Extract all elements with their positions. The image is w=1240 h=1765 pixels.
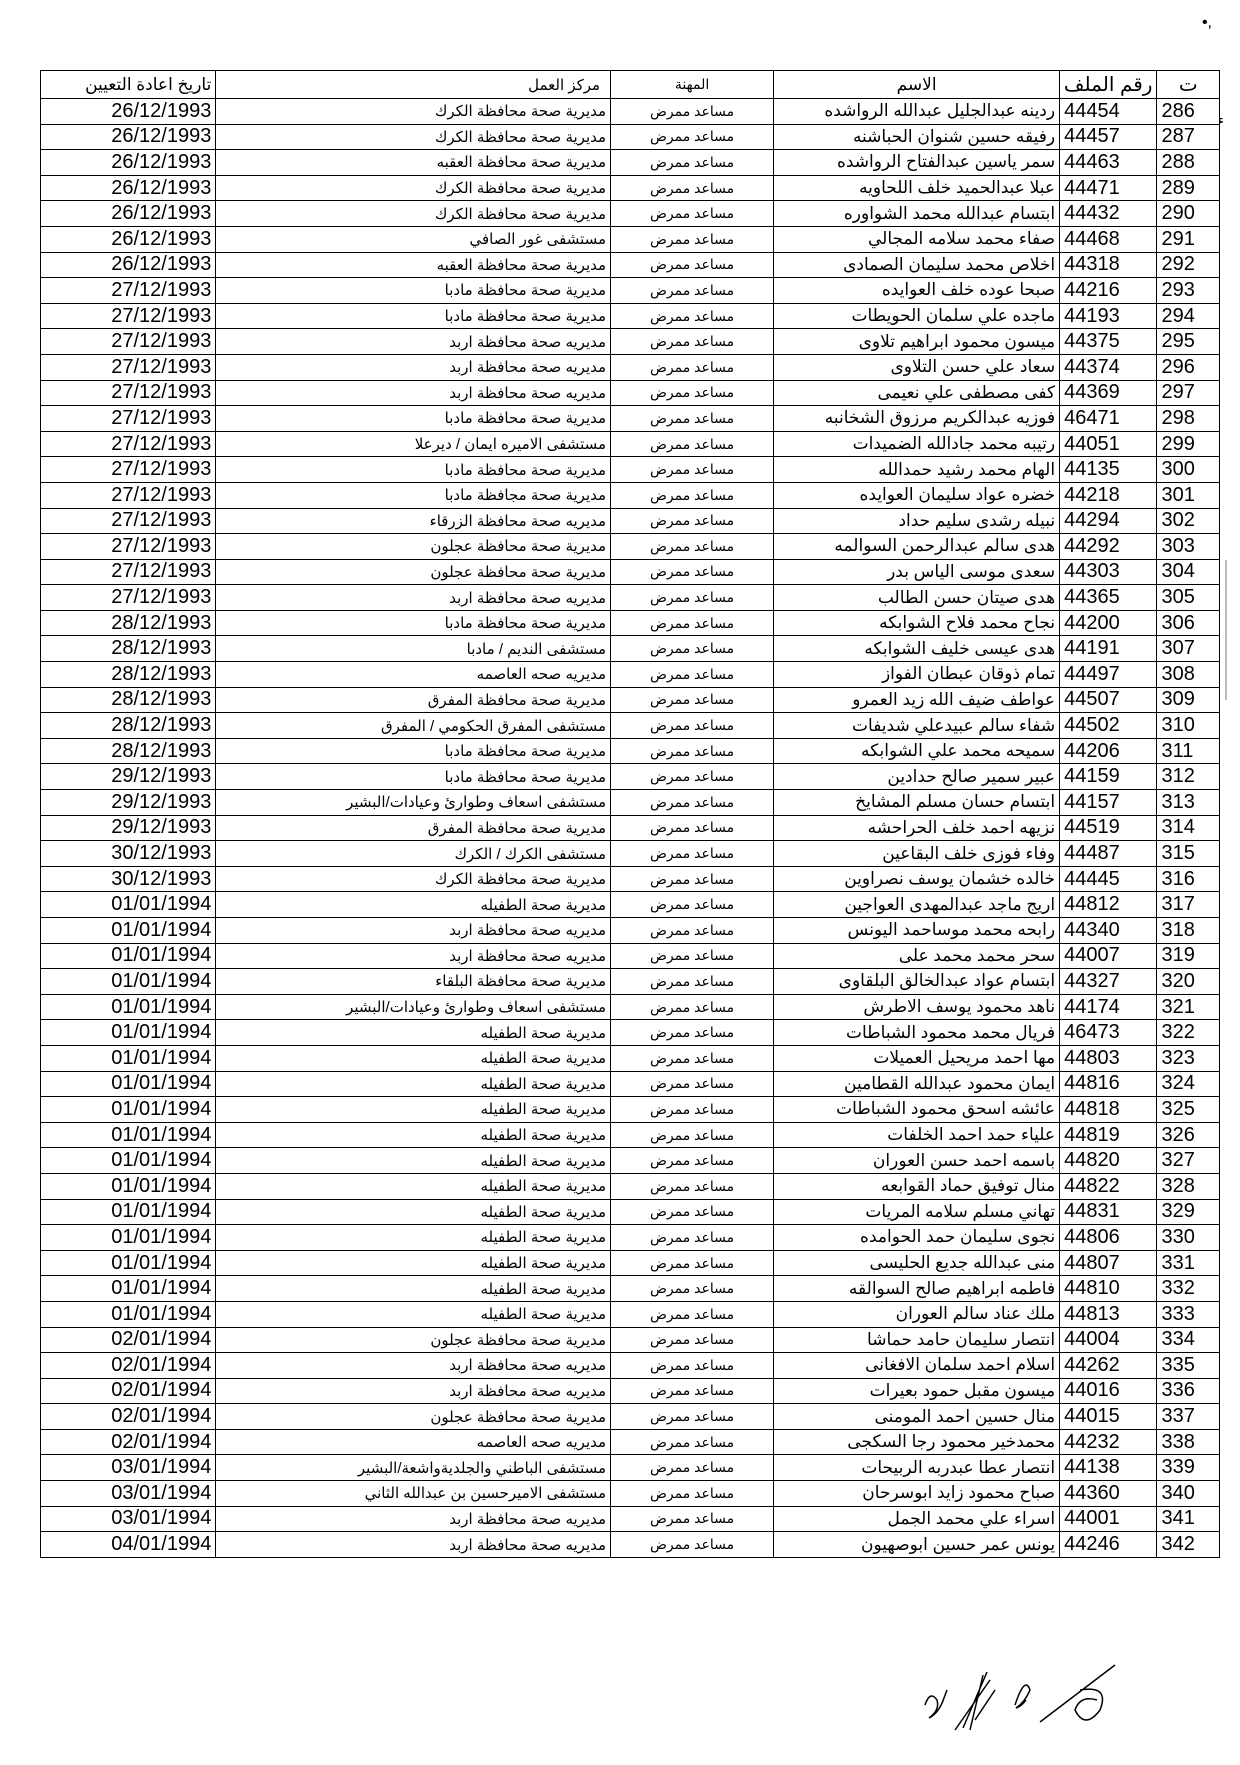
cell-serial: 313 bbox=[1157, 790, 1220, 816]
cell-reappointment-date: 03/01/1994 bbox=[41, 1506, 216, 1532]
cell-workplace: مستشفى المفرق الحكومي / المفرق bbox=[216, 713, 611, 739]
cell-reappointment-date: 27/12/1993 bbox=[41, 482, 216, 508]
cell-workplace: مديريه صحة محافظة اربد bbox=[216, 1532, 611, 1558]
cell-file-number: 44016 bbox=[1060, 1378, 1157, 1404]
table-row: 304 44303 سعدى موسى الياس بدر مساعد ممرض… bbox=[41, 559, 1220, 585]
cell-profession: مساعد ممرض bbox=[611, 1481, 774, 1507]
cell-serial: 328 bbox=[1157, 1173, 1220, 1199]
cell-workplace: مديرية صحة محافظة الكرك bbox=[216, 201, 611, 227]
cell-name: منى عبدالله جديع الحليسى bbox=[774, 1250, 1060, 1276]
cell-serial: 314 bbox=[1157, 815, 1220, 841]
cell-file-number: 44232 bbox=[1060, 1429, 1157, 1455]
table-row: 342 44246 يونس عمر حسين ابوصهيون مساعد م… bbox=[41, 1532, 1220, 1558]
cell-serial: 290 bbox=[1157, 201, 1220, 227]
cell-file-number: 44487 bbox=[1060, 841, 1157, 867]
cell-file-number: 44803 bbox=[1060, 1045, 1157, 1071]
cell-profession: مساعد ممرض bbox=[611, 1327, 774, 1353]
cell-profession: مساعد ممرض bbox=[611, 329, 774, 355]
cell-reappointment-date: 27/12/1993 bbox=[41, 354, 216, 380]
cell-profession: مساعد ممرض bbox=[611, 1148, 774, 1174]
cell-serial: 288 bbox=[1157, 150, 1220, 176]
cell-name: ناهد محمود يوسف الاطرش bbox=[774, 994, 1060, 1020]
cell-workplace: مديرية صحة الطفيله bbox=[216, 1148, 611, 1174]
cell-serial: 340 bbox=[1157, 1481, 1220, 1507]
cell-name: سعدى موسى الياس بدر bbox=[774, 559, 1060, 585]
cell-workplace: مديرية صحة الطفيله bbox=[216, 1045, 611, 1071]
cell-serial: 330 bbox=[1157, 1225, 1220, 1251]
cell-workplace: مديرية صحة محافظة العقبه bbox=[216, 252, 611, 278]
cell-serial: 331 bbox=[1157, 1250, 1220, 1276]
cell-workplace: مديرية صحة مجافظة مادبا bbox=[216, 482, 611, 508]
cell-serial: 297 bbox=[1157, 380, 1220, 406]
cell-name: رتيبه محمد جادالله الضميدات bbox=[774, 431, 1060, 457]
cell-name: سعاد علي حسن التلاوى bbox=[774, 354, 1060, 380]
table-row: 312 44159 عبير سمير صالح حدادين مساعد مم… bbox=[41, 764, 1220, 790]
table-row: 294 44193 ماجده علي سلمان الحويطات مساعد… bbox=[41, 303, 1220, 329]
cell-workplace: مديرية صحة محافظة مادبا bbox=[216, 764, 611, 790]
cell-reappointment-date: 27/12/1993 bbox=[41, 278, 216, 304]
cell-file-number: 44471 bbox=[1060, 175, 1157, 201]
cell-workplace: مستشفى الباطني والجلديةواشعة/البشير bbox=[216, 1455, 611, 1481]
cell-file-number: 44262 bbox=[1060, 1353, 1157, 1379]
cell-name: ميسون محمود ابراهيم تلاوى bbox=[774, 329, 1060, 355]
cell-name: انتصار سليمان حامد حماشا bbox=[774, 1327, 1060, 1353]
cell-file-number: 44051 bbox=[1060, 431, 1157, 457]
cell-file-number: 46471 bbox=[1060, 406, 1157, 432]
cell-reappointment-date: 01/01/1994 bbox=[41, 1276, 216, 1302]
cell-name: ابتسام حسان مسلم المشايخ bbox=[774, 790, 1060, 816]
cell-name: فريال محمد محمود الشباطات bbox=[774, 1020, 1060, 1046]
table-row: 305 44365 هدى صيتان حسن الطالب مساعد ممر… bbox=[41, 585, 1220, 611]
cell-reappointment-date: 03/01/1994 bbox=[41, 1455, 216, 1481]
cell-file-number: 44502 bbox=[1060, 713, 1157, 739]
cell-file-number: 44813 bbox=[1060, 1301, 1157, 1327]
cell-reappointment-date: 26/12/1993 bbox=[41, 150, 216, 176]
cell-profession: مساعد ممرض bbox=[611, 713, 774, 739]
cell-reappointment-date: 27/12/1993 bbox=[41, 380, 216, 406]
cell-serial: 299 bbox=[1157, 431, 1220, 457]
cell-name: سميحه محمد علي الشوابكه bbox=[774, 738, 1060, 764]
cell-workplace: مديريه صحة محافظة اربد bbox=[216, 918, 611, 944]
table-body: 286 44454 ردينه عبدالجليل عبدالله الرواش… bbox=[41, 99, 1220, 1558]
cell-serial: 318 bbox=[1157, 918, 1220, 944]
cell-profession: مساعد ممرض bbox=[611, 1225, 774, 1251]
table-row: 314 44519 نزيهه احمد خلف الحراحشه مساعد … bbox=[41, 815, 1220, 841]
cell-file-number: 44365 bbox=[1060, 585, 1157, 611]
cell-profession: مساعد ممرض bbox=[611, 943, 774, 969]
cell-reappointment-date: 26/12/1993 bbox=[41, 175, 216, 201]
table-row: 313 44157 ابتسام حسان مسلم المشايخ مساعد… bbox=[41, 790, 1220, 816]
cell-file-number: 44174 bbox=[1060, 994, 1157, 1020]
cell-reappointment-date: 01/01/1994 bbox=[41, 1122, 216, 1148]
cell-name: منال حسين احمد المومنى bbox=[774, 1404, 1060, 1430]
table-row: 340 44360 صباح محمود زايد ابوسرحان مساعد… bbox=[41, 1481, 1220, 1507]
cell-profession: مساعد ممرض bbox=[611, 764, 774, 790]
cell-reappointment-date: 03/01/1994 bbox=[41, 1481, 216, 1507]
table-row: 295 44375 ميسون محمود ابراهيم تلاوى مساع… bbox=[41, 329, 1220, 355]
cell-reappointment-date: 01/01/1994 bbox=[41, 943, 216, 969]
cell-name: عبلا عبدالحميد خلف اللحاويه bbox=[774, 175, 1060, 201]
cell-serial: 310 bbox=[1157, 713, 1220, 739]
cell-file-number: 44004 bbox=[1060, 1327, 1157, 1353]
cell-profession: مساعد ممرض bbox=[611, 1020, 774, 1046]
cell-profession: مساعد ممرض bbox=[611, 406, 774, 432]
cell-name: صباح محمود زايد ابوسرحان bbox=[774, 1481, 1060, 1507]
cell-file-number: 44519 bbox=[1060, 815, 1157, 841]
table-row: 338 44232 محمدخير محمود رجا السكجى مساعد… bbox=[41, 1429, 1220, 1455]
cell-reappointment-date: 30/12/1993 bbox=[41, 841, 216, 867]
cell-file-number: 46473 bbox=[1060, 1020, 1157, 1046]
cell-name: هدى سالم عبدالرحمن السوالمه bbox=[774, 534, 1060, 560]
table-row: 327 44820 باسمه احمد حسن العوران مساعد م… bbox=[41, 1148, 1220, 1174]
cell-reappointment-date: 28/12/1993 bbox=[41, 636, 216, 662]
cell-file-number: 44457 bbox=[1060, 124, 1157, 150]
table-row: 286 44454 ردينه عبدالجليل عبدالله الرواش… bbox=[41, 99, 1220, 125]
cell-reappointment-date: 26/12/1993 bbox=[41, 124, 216, 150]
cell-file-number: 44200 bbox=[1060, 610, 1157, 636]
cell-name: نزيهه احمد خلف الحراحشه bbox=[774, 815, 1060, 841]
cell-workplace: مديرية صحة محافظة مادبا bbox=[216, 303, 611, 329]
cell-profession: مساعد ممرض bbox=[611, 841, 774, 867]
cell-reappointment-date: 27/12/1993 bbox=[41, 406, 216, 432]
cell-file-number: 44810 bbox=[1060, 1276, 1157, 1302]
cell-serial: 296 bbox=[1157, 354, 1220, 380]
cell-serial: 333 bbox=[1157, 1301, 1220, 1327]
cell-file-number: 44360 bbox=[1060, 1481, 1157, 1507]
cell-workplace: مديريه صحة محافظة اربد bbox=[216, 585, 611, 611]
cell-name: ابتسام عبدالله محمد الشواوره bbox=[774, 201, 1060, 227]
cell-file-number: 44135 bbox=[1060, 457, 1157, 483]
cell-name: فاطمه ابراهيم صالح السوالقه bbox=[774, 1276, 1060, 1302]
table-row: 311 44206 سميحه محمد علي الشوابكه مساعد … bbox=[41, 738, 1220, 764]
cell-reappointment-date: 28/12/1993 bbox=[41, 687, 216, 713]
cell-workplace: مديرية صحة محافظة مادبا bbox=[216, 278, 611, 304]
cell-workplace: مديرية صحة محافظة الكرك bbox=[216, 175, 611, 201]
cell-workplace: مديرية صحة الطفيله bbox=[216, 1250, 611, 1276]
cell-profession: مساعد ممرض bbox=[611, 1301, 774, 1327]
cell-serial: 322 bbox=[1157, 1020, 1220, 1046]
cell-name: سمر ياسين عبدالفتاح الرواشده bbox=[774, 150, 1060, 176]
cell-profession: مساعد ممرض bbox=[611, 508, 774, 534]
cell-serial: 302 bbox=[1157, 508, 1220, 534]
table-row: 335 44262 اسلام احمد سلمان الافغانى مساع… bbox=[41, 1353, 1220, 1379]
cell-profession: مساعد ممرض bbox=[611, 1429, 774, 1455]
cell-profession: مساعد ممرض bbox=[611, 1173, 774, 1199]
cell-workplace: مديرية صحة الطفيله bbox=[216, 1097, 611, 1123]
table-row: 326 44819 علياء حمد احمد الخلفات مساعد م… bbox=[41, 1122, 1220, 1148]
cell-serial: 327 bbox=[1157, 1148, 1220, 1174]
cell-workplace: مديرية صحة محافظة عجلون bbox=[216, 1327, 611, 1353]
cell-reappointment-date: 27/12/1993 bbox=[41, 329, 216, 355]
cell-reappointment-date: 28/12/1993 bbox=[41, 738, 216, 764]
cell-profession: مساعد ممرض bbox=[611, 252, 774, 278]
cell-file-number: 44294 bbox=[1060, 508, 1157, 534]
table-row: 301 44218 خضره عواد سليمان العوايده مساع… bbox=[41, 482, 1220, 508]
cell-workplace: مديريه صحة محافظة اربد bbox=[216, 354, 611, 380]
cell-serial: 293 bbox=[1157, 278, 1220, 304]
cell-name: وفاء فوزى خلف البقاعين bbox=[774, 841, 1060, 867]
cell-file-number: 44818 bbox=[1060, 1097, 1157, 1123]
cell-file-number: 44807 bbox=[1060, 1250, 1157, 1276]
cell-serial: 317 bbox=[1157, 892, 1220, 918]
cell-serial: 298 bbox=[1157, 406, 1220, 432]
cell-profession: مساعد ممرض bbox=[611, 201, 774, 227]
table-row: 331 44807 منى عبدالله جديع الحليسى مساعد… bbox=[41, 1250, 1220, 1276]
table-row: 315 44487 وفاء فوزى خلف البقاعين مساعد م… bbox=[41, 841, 1220, 867]
cell-file-number: 44246 bbox=[1060, 1532, 1157, 1558]
table-row: 332 44810 فاطمه ابراهيم صالح السوالقه مس… bbox=[41, 1276, 1220, 1302]
cell-name: انتصار عطا عبدربه الربيحات bbox=[774, 1455, 1060, 1481]
cell-serial: 336 bbox=[1157, 1378, 1220, 1404]
cell-serial: 321 bbox=[1157, 994, 1220, 1020]
cell-file-number: 44369 bbox=[1060, 380, 1157, 406]
cell-serial: 334 bbox=[1157, 1327, 1220, 1353]
cell-reappointment-date: 01/01/1994 bbox=[41, 1071, 216, 1097]
cell-profession: مساعد ممرض bbox=[611, 1353, 774, 1379]
cell-serial: 324 bbox=[1157, 1071, 1220, 1097]
cell-file-number: 44191 bbox=[1060, 636, 1157, 662]
cell-file-number: 44159 bbox=[1060, 764, 1157, 790]
cell-profession: مساعد ممرض bbox=[611, 457, 774, 483]
cell-reappointment-date: 01/01/1994 bbox=[41, 1301, 216, 1327]
table-row: 300 44135 الهام محمد رشيد حمدالله مساعد … bbox=[41, 457, 1220, 483]
cell-workplace: مديرية صحة محافظة الكرك bbox=[216, 124, 611, 150]
scan-artifact bbox=[1225, 560, 1227, 700]
cell-workplace: مديرية صحة محافظة مادبا bbox=[216, 738, 611, 764]
cell-workplace: مديرية صحة الطفيله bbox=[216, 1301, 611, 1327]
table-row: 324 44816 ايمان محمود عبدالله القطامين م… bbox=[41, 1071, 1220, 1097]
cell-profession: مساعد ممرض bbox=[611, 226, 774, 252]
cell-workplace: مديرية صحة محافظة الكرك bbox=[216, 99, 611, 125]
cell-name: هدى صيتان حسن الطالب bbox=[774, 585, 1060, 611]
cell-serial: 292 bbox=[1157, 252, 1220, 278]
cell-reappointment-date: 01/01/1994 bbox=[41, 1097, 216, 1123]
cell-serial: 286 bbox=[1157, 99, 1220, 125]
table-row: 291 44468 صفاء محمد سلامه المجالي مساعد … bbox=[41, 226, 1220, 252]
table-row: 333 44813 ملك عناد سالم العوران مساعد مم… bbox=[41, 1301, 1220, 1327]
cell-workplace: مستشفى اسعاف وطوارئ وعيادات/البشير bbox=[216, 790, 611, 816]
cell-name: عواطف ضيف الله زيد العمرو bbox=[774, 687, 1060, 713]
header-workplace: مركز العمل bbox=[216, 71, 611, 99]
cell-name: ملك عناد سالم العوران bbox=[774, 1301, 1060, 1327]
cell-workplace: مديريه صحة محافظة اربد bbox=[216, 1353, 611, 1379]
table-row: 317 44812 اريج ماجد عبدالمهدى العواجين م… bbox=[41, 892, 1220, 918]
cell-serial: 341 bbox=[1157, 1506, 1220, 1532]
cell-name: نجوى سليمان حمد الحوامده bbox=[774, 1225, 1060, 1251]
header-name: الاسم bbox=[774, 71, 1060, 99]
cell-name: اخلاص محمد سليمان الصمادى bbox=[774, 252, 1060, 278]
cell-file-number: 44820 bbox=[1060, 1148, 1157, 1174]
cell-file-number: 44206 bbox=[1060, 738, 1157, 764]
table-row: 321 44174 ناهد محمود يوسف الاطرش مساعد م… bbox=[41, 994, 1220, 1020]
cell-reappointment-date: 01/01/1994 bbox=[41, 1199, 216, 1225]
cell-serial: 307 bbox=[1157, 636, 1220, 662]
table-row: 290 44432 ابتسام عبدالله محمد الشواوره م… bbox=[41, 201, 1220, 227]
table-row: 329 44831 تهاني مسلم سلامه المريات مساعد… bbox=[41, 1199, 1220, 1225]
cell-profession: مساعد ممرض bbox=[611, 815, 774, 841]
cell-reappointment-date: 28/12/1993 bbox=[41, 662, 216, 688]
cell-workplace: مديرية صحة الطفيله bbox=[216, 1071, 611, 1097]
cell-reappointment-date: 01/01/1994 bbox=[41, 1225, 216, 1251]
cell-serial: 306 bbox=[1157, 610, 1220, 636]
cell-file-number: 44015 bbox=[1060, 1404, 1157, 1430]
cell-workplace: مديرية صحة محافظة الكرك bbox=[216, 866, 611, 892]
cell-reappointment-date: 27/12/1993 bbox=[41, 303, 216, 329]
cell-serial: 335 bbox=[1157, 1353, 1220, 1379]
table-row: 303 44292 هدى سالم عبدالرحمن السوالمه مس… bbox=[41, 534, 1220, 560]
cell-reappointment-date: 27/12/1993 bbox=[41, 585, 216, 611]
cell-name: اريج ماجد عبدالمهدى العواجين bbox=[774, 892, 1060, 918]
cell-reappointment-date: 29/12/1993 bbox=[41, 790, 216, 816]
cell-serial: 337 bbox=[1157, 1404, 1220, 1430]
cell-workplace: مستشفى النديم / مادبا bbox=[216, 636, 611, 662]
cell-profession: مساعد ممرض bbox=[611, 303, 774, 329]
cell-reappointment-date: 26/12/1993 bbox=[41, 252, 216, 278]
cell-name: رابحه محمد موساحمد اليونس bbox=[774, 918, 1060, 944]
table-row: 330 44806 نجوى سليمان حمد الحوامده مساعد… bbox=[41, 1225, 1220, 1251]
cell-serial: 320 bbox=[1157, 969, 1220, 995]
cell-workplace: مديريه صحة محافظة الزرقاء bbox=[216, 508, 611, 534]
cell-workplace: مستشفى غور الصافي bbox=[216, 226, 611, 252]
cell-serial: 294 bbox=[1157, 303, 1220, 329]
cell-reappointment-date: 27/12/1993 bbox=[41, 559, 216, 585]
cell-reappointment-date: 27/12/1993 bbox=[41, 534, 216, 560]
cell-profession: مساعد ممرض bbox=[611, 1122, 774, 1148]
cell-file-number: 44340 bbox=[1060, 918, 1157, 944]
cell-workplace: مديريه صحة محافظة اربد bbox=[216, 1378, 611, 1404]
cell-profession: مساعد ممرض bbox=[611, 278, 774, 304]
table-row: 341 44001 اسراء علي محمد الجمل مساعد ممر… bbox=[41, 1506, 1220, 1532]
table-row: 322 46473 فريال محمد محمود الشباطات مساع… bbox=[41, 1020, 1220, 1046]
cell-workplace: مديرية صحة الطفيله bbox=[216, 1225, 611, 1251]
cell-reappointment-date: 01/01/1994 bbox=[41, 969, 216, 995]
cell-file-number: 44375 bbox=[1060, 329, 1157, 355]
cell-reappointment-date: 28/12/1993 bbox=[41, 610, 216, 636]
cell-reappointment-date: 26/12/1993 bbox=[41, 201, 216, 227]
cell-serial: 319 bbox=[1157, 943, 1220, 969]
cell-serial: 312 bbox=[1157, 764, 1220, 790]
cell-file-number: 44454 bbox=[1060, 99, 1157, 125]
cell-profession: مساعد ممرض bbox=[611, 534, 774, 560]
cell-reappointment-date: 02/01/1994 bbox=[41, 1353, 216, 1379]
table-row: 297 44369 كفى مصطفى علي نعيمى مساعد ممرض… bbox=[41, 380, 1220, 406]
cell-profession: مساعد ممرض bbox=[611, 559, 774, 585]
cell-profession: مساعد ممرض bbox=[611, 380, 774, 406]
cell-name: فوزيه عبدالكريم مرزوق الشخانبه bbox=[774, 406, 1060, 432]
cell-reappointment-date: 26/12/1993 bbox=[41, 226, 216, 252]
cell-file-number: 44819 bbox=[1060, 1122, 1157, 1148]
cell-file-number: 44327 bbox=[1060, 969, 1157, 995]
cell-serial: 323 bbox=[1157, 1045, 1220, 1071]
cell-file-number: 44468 bbox=[1060, 226, 1157, 252]
cell-workplace: مديرية صحة الطفيله bbox=[216, 1173, 611, 1199]
cell-reappointment-date: 28/12/1993 bbox=[41, 713, 216, 739]
cell-file-number: 44374 bbox=[1060, 354, 1157, 380]
table-row: 293 44216 صبحا عوده خلف العوايده مساعد م… bbox=[41, 278, 1220, 304]
cell-file-number: 44806 bbox=[1060, 1225, 1157, 1251]
cell-file-number: 44216 bbox=[1060, 278, 1157, 304]
cell-name: خالده خشمان يوسف نصراوين bbox=[774, 866, 1060, 892]
cell-profession: مساعد ممرض bbox=[611, 866, 774, 892]
cell-profession: مساعد ممرض bbox=[611, 1045, 774, 1071]
cell-name: علياء حمد احمد الخلفات bbox=[774, 1122, 1060, 1148]
cell-serial: 295 bbox=[1157, 329, 1220, 355]
cell-name: ايمان محمود عبدالله القطامين bbox=[774, 1071, 1060, 1097]
cell-profession: مساعد ممرض bbox=[611, 636, 774, 662]
cell-file-number: 44193 bbox=[1060, 303, 1157, 329]
cell-reappointment-date: 02/01/1994 bbox=[41, 1429, 216, 1455]
cell-workplace: مديرية صحة الطفيله bbox=[216, 1122, 611, 1148]
cell-profession: مساعد ممرض bbox=[611, 1455, 774, 1481]
cell-workplace: مديرية صحة الطفيله bbox=[216, 1199, 611, 1225]
cell-profession: مساعد ممرض bbox=[611, 610, 774, 636]
cell-reappointment-date: 29/12/1993 bbox=[41, 764, 216, 790]
cell-serial: 338 bbox=[1157, 1429, 1220, 1455]
cell-profession: مساعد ممرض bbox=[611, 124, 774, 150]
header-reappointment-date: تاريخ اعادة التعيين bbox=[41, 71, 216, 99]
signature-icon bbox=[915, 1660, 1175, 1740]
table-row: 299 44051 رتيبه محمد جادالله الضميدات مس… bbox=[41, 431, 1220, 457]
cell-name: عائشه اسحق محمود الشباطات bbox=[774, 1097, 1060, 1123]
cell-workplace: مديريه صحه العاصمه bbox=[216, 1429, 611, 1455]
cell-serial: 342 bbox=[1157, 1532, 1220, 1558]
cell-profession: مساعد ممرض bbox=[611, 99, 774, 125]
table-row: 308 44497 تمام ذوقان عبطان الفواز مساعد … bbox=[41, 662, 1220, 688]
cell-name: منال توفيق حماد القوابعه bbox=[774, 1173, 1060, 1199]
cell-reappointment-date: 04/01/1994 bbox=[41, 1532, 216, 1558]
cell-name: خضره عواد سليمان العوايده bbox=[774, 482, 1060, 508]
cell-workplace: مديرية صحة الطفيله bbox=[216, 892, 611, 918]
cell-name: مها احمد مريحيل العميلات bbox=[774, 1045, 1060, 1071]
cell-file-number: 44432 bbox=[1060, 201, 1157, 227]
cell-name: هدى عيسى خليف الشوابكه bbox=[774, 636, 1060, 662]
cell-profession: مساعد ممرض bbox=[611, 1199, 774, 1225]
cell-profession: مساعد ممرض bbox=[611, 1250, 774, 1276]
cell-reappointment-date: 01/01/1994 bbox=[41, 1250, 216, 1276]
cell-profession: مساعد ممرض bbox=[611, 662, 774, 688]
cell-workplace: مديرية صحة محافظة عجلون bbox=[216, 1404, 611, 1430]
cell-name: ميسون مقبل حمود بعيرات bbox=[774, 1378, 1060, 1404]
table-row: 306 44200 نجاح محمد فلاح الشوابكه مساعد … bbox=[41, 610, 1220, 636]
cell-profession: مساعد ممرض bbox=[611, 994, 774, 1020]
cell-file-number: 44822 bbox=[1060, 1173, 1157, 1199]
cell-name: اسراء علي محمد الجمل bbox=[774, 1506, 1060, 1532]
cell-file-number: 44318 bbox=[1060, 252, 1157, 278]
table-row: 320 44327 ابتسام عواد عبدالخالق البلقاوى… bbox=[41, 969, 1220, 995]
cell-serial: 316 bbox=[1157, 866, 1220, 892]
cell-workplace: مديريه صحة محافظة اربد bbox=[216, 943, 611, 969]
table-row: 336 44016 ميسون مقبل حمود بعيرات مساعد م… bbox=[41, 1378, 1220, 1404]
cell-name: اسلام احمد سلمان الافغانى bbox=[774, 1353, 1060, 1379]
cell-serial: 304 bbox=[1157, 559, 1220, 585]
cell-file-number: 44497 bbox=[1060, 662, 1157, 688]
cell-profession: مساعد ممرض bbox=[611, 585, 774, 611]
cell-name: صفاء محمد سلامه المجالي bbox=[774, 226, 1060, 252]
cell-file-number: 44303 bbox=[1060, 559, 1157, 585]
cell-profession: مساعد ممرض bbox=[611, 1404, 774, 1430]
cell-workplace: مستشفى الكرك / الكرك bbox=[216, 841, 611, 867]
cell-serial: 301 bbox=[1157, 482, 1220, 508]
cell-name: يونس عمر حسين ابوصهيون bbox=[774, 1532, 1060, 1558]
cell-workplace: مستشفى اسعاف وطوارئ وعيادات/البشير bbox=[216, 994, 611, 1020]
cell-name: باسمه احمد حسن العوران bbox=[774, 1148, 1060, 1174]
cell-profession: مساعد ممرض bbox=[611, 918, 774, 944]
cell-workplace: مديرية صحة محافظة عجلون bbox=[216, 534, 611, 560]
cell-name: تهاني مسلم سلامه المريات bbox=[774, 1199, 1060, 1225]
cell-name: نبيله رشدى سليم حداد bbox=[774, 508, 1060, 534]
cell-serial: 291 bbox=[1157, 226, 1220, 252]
cell-serial: 332 bbox=[1157, 1276, 1220, 1302]
